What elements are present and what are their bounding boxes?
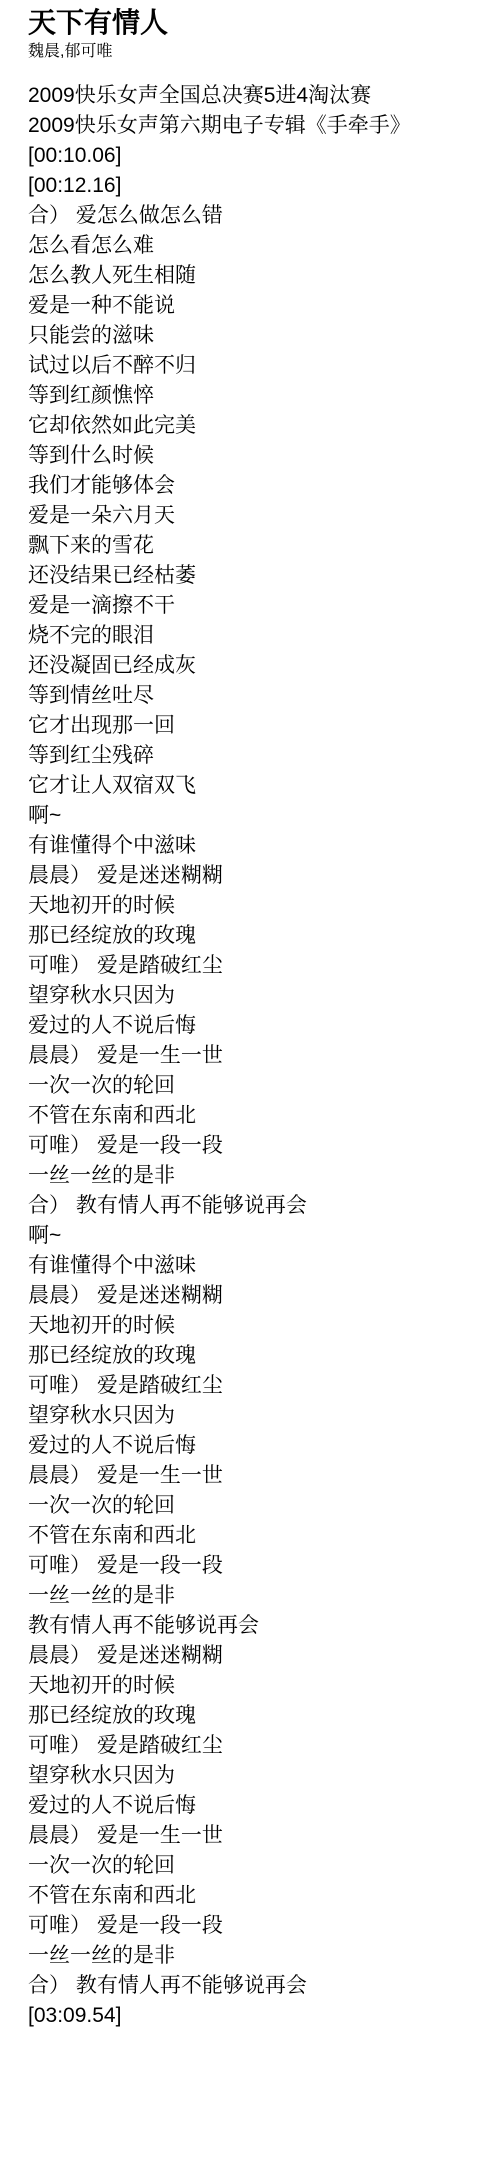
lyric-line: 合） 教有情人再不能够说再会 — [28, 1191, 480, 1221]
lyric-line: 可唯） 爱是一段一段 — [28, 1551, 480, 1581]
lyric-line: [03:09.54] — [28, 2001, 480, 2031]
lyric-line: 合） 爱怎么做怎么错 — [28, 201, 480, 231]
lyric-line: 一丝一丝的是非 — [28, 1941, 480, 1971]
lyric-line: 不管在东南和西北 — [28, 1101, 480, 1131]
lyric-line: 晨晨） 爱是一生一世 — [28, 1821, 480, 1851]
lyric-line: 试过以后不醉不归 — [28, 351, 480, 381]
lyric-line: 啊~ — [28, 1221, 480, 1251]
lyric-line: [00:10.06] — [28, 141, 480, 171]
lyric-line: 教有情人再不能够说再会 — [28, 1611, 480, 1641]
lyric-line: 飘下来的雪花 — [28, 531, 480, 561]
lyric-line: 晨晨） 爱是一生一世 — [28, 1041, 480, 1071]
lyrics-body: 2009快乐女声全国总决赛5进4淘汰赛2009快乐女声第六期电子专辑《手牵手》[… — [28, 81, 480, 2031]
lyric-line: 2009快乐女声全国总决赛5进4淘汰赛 — [28, 81, 480, 111]
lyric-line: 它才出现那一回 — [28, 711, 480, 741]
lyric-line: 一次一次的轮回 — [28, 1071, 480, 1101]
lyric-line: 一丝一丝的是非 — [28, 1161, 480, 1191]
lyric-line: 烧不完的眼泪 — [28, 621, 480, 651]
lyric-line: 等到红颜憔悴 — [28, 381, 480, 411]
lyric-line: 2009快乐女声第六期电子专辑《手牵手》 — [28, 111, 480, 141]
lyric-line: 等到红尘残碎 — [28, 741, 480, 771]
lyric-line: 可唯） 爱是踏破红尘 — [28, 951, 480, 981]
lyric-line: 等到情丝吐尽 — [28, 681, 480, 711]
page-title: 天下有情人 — [28, 5, 480, 41]
lyric-line: 爱是一朵六月天 — [28, 501, 480, 531]
lyrics-page: 天下有情人 魏晨,郁可唯 2009快乐女声全国总决赛5进4淘汰赛2009快乐女声… — [0, 0, 500, 2031]
lyric-line: 可唯） 爱是一段一段 — [28, 1911, 480, 1941]
lyric-line: 有谁懂得个中滋味 — [28, 831, 480, 861]
lyric-line: 可唯） 爱是踏破红尘 — [28, 1371, 480, 1401]
lyric-line: 合） 教有情人再不能够说再会 — [28, 1971, 480, 2001]
lyric-line: 望穿秋水只因为 — [28, 1761, 480, 1791]
lyric-line: 只能尝的滋味 — [28, 321, 480, 351]
lyric-line: 等到什么时候 — [28, 441, 480, 471]
lyric-line: [00:12.16] — [28, 171, 480, 201]
lyric-line: 它却依然如此完美 — [28, 411, 480, 441]
lyric-line: 爱过的人不说后悔 — [28, 1011, 480, 1041]
lyric-line: 那已经绽放的玫瑰 — [28, 921, 480, 951]
lyric-line: 还没凝固已经成灰 — [28, 651, 480, 681]
lyric-line: 有谁懂得个中滋味 — [28, 1251, 480, 1281]
lyric-line: 那已经绽放的玫瑰 — [28, 1341, 480, 1371]
lyric-line: 爱是一滴擦不干 — [28, 591, 480, 621]
lyric-line: 一次一次的轮回 — [28, 1491, 480, 1521]
lyric-line: 天地初开的时候 — [28, 891, 480, 921]
lyric-line: 还没结果已经枯萎 — [28, 561, 480, 591]
lyric-line: 怎么教人死生相随 — [28, 261, 480, 291]
lyric-line: 爱过的人不说后悔 — [28, 1791, 480, 1821]
lyric-line: 晨晨） 爱是迷迷糊糊 — [28, 1281, 480, 1311]
lyric-line: 晨晨） 爱是迷迷糊糊 — [28, 1641, 480, 1671]
lyric-line: 晨晨） 爱是一生一世 — [28, 1461, 480, 1491]
lyric-line: 爱过的人不说后悔 — [28, 1431, 480, 1461]
lyric-line: 我们才能够体会 — [28, 471, 480, 501]
lyric-line: 不管在东南和西北 — [28, 1521, 480, 1551]
lyric-line: 可唯） 爱是踏破红尘 — [28, 1731, 480, 1761]
lyric-line: 一次一次的轮回 — [28, 1851, 480, 1881]
lyric-line: 那已经绽放的玫瑰 — [28, 1701, 480, 1731]
lyric-line: 啊~ — [28, 801, 480, 831]
lyric-line: 怎么看怎么难 — [28, 231, 480, 261]
lyric-line: 望穿秋水只因为 — [28, 1401, 480, 1431]
lyric-line: 它才让人双宿双飞 — [28, 771, 480, 801]
lyric-line: 不管在东南和西北 — [28, 1881, 480, 1911]
lyric-line: 爱是一种不能说 — [28, 291, 480, 321]
lyric-line: 晨晨） 爱是迷迷糊糊 — [28, 861, 480, 891]
lyric-line: 天地初开的时候 — [28, 1671, 480, 1701]
artist-names: 魏晨,郁可唯 — [28, 41, 480, 63]
lyric-line: 望穿秋水只因为 — [28, 981, 480, 1011]
lyric-line: 一丝一丝的是非 — [28, 1581, 480, 1611]
lyric-line: 天地初开的时候 — [28, 1311, 480, 1341]
lyric-line: 可唯） 爱是一段一段 — [28, 1131, 480, 1161]
